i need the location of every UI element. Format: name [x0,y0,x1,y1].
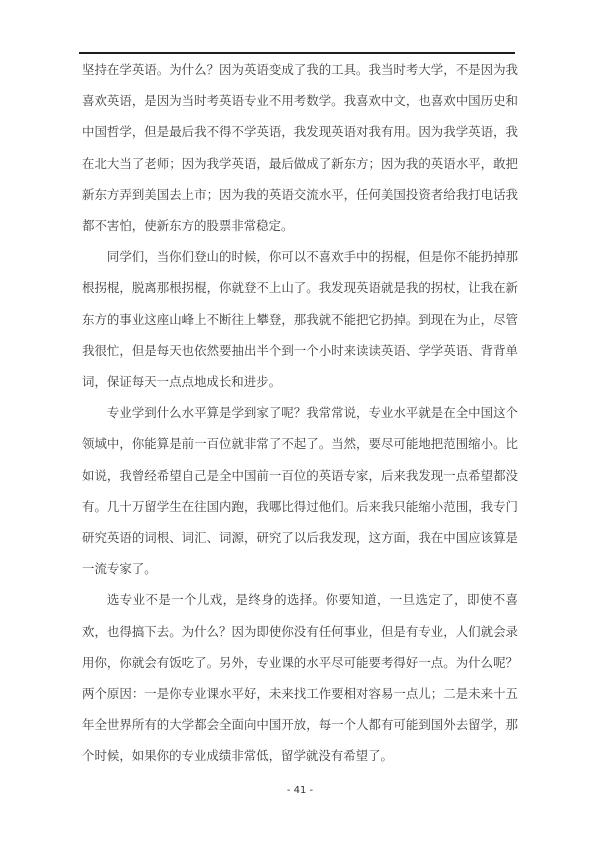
page-number: - 41 - [0,785,600,797]
paragraph-2: 同学们，当你们登山的时候，你可以不喜欢手中的拐棍，但是你不能扔掉那根拐棍，脱离那… [82,241,518,397]
paragraph-1: 坚持在学英语。为什么？因为英语变成了我的工具。我当时考大学，不是因为我喜欢英语，… [82,54,518,241]
body-text: 坚持在学英语。为什么？因为英语变成了我的工具。我当时考大学，不是因为我喜欢英语，… [82,54,518,772]
paragraph-4: 选专业不是一个儿戏，是终身的选择。你要知道，一旦选定了，即使不喜欢，也得搞下去。… [82,584,518,771]
document-page: 坚持在学英语。为什么？因为英语变成了我的工具。我当时考大学，不是因为我喜欢英语，… [0,0,600,850]
paragraph-3: 专业学到什么水平算是学到家了呢？我常常说，专业水平就是在全中国这个领域中，你能算… [82,397,518,584]
